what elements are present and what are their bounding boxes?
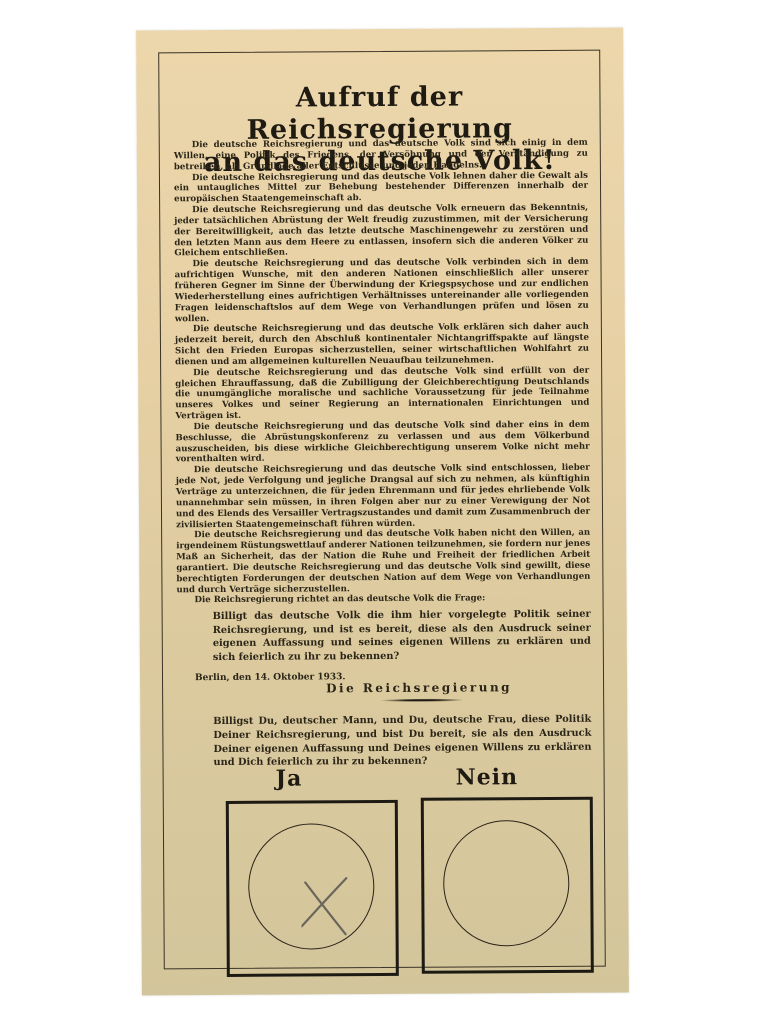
option-labels: Ja Nein xyxy=(164,764,604,797)
paragraph: Die deutsche Reichsregierung und das deu… xyxy=(175,322,589,368)
vote-box-ja[interactable] xyxy=(226,800,399,977)
paragraph: Die Reichsregierung richtet an das deuts… xyxy=(177,593,591,606)
ballot-question: Billigst Du, deutscher Mann, und Du, deu… xyxy=(213,713,591,770)
cross-mark-icon xyxy=(301,876,351,936)
vote-box-nein[interactable] xyxy=(421,797,594,974)
option-label-nein: Nein xyxy=(456,764,519,790)
proclamation-text: Die deutsche Reichsregierung und das deu… xyxy=(174,138,592,770)
vote-circle-nein[interactable] xyxy=(443,820,570,947)
document-frame: Aufruf der Reichsregierung an das deutsc… xyxy=(158,50,606,970)
paragraph: Die deutsche Reichsregierung und das deu… xyxy=(176,528,590,596)
paragraph: Die deutsche Reichsregierung und das deu… xyxy=(174,170,588,205)
paragraph: Die deutsche Reichsregierung und das deu… xyxy=(176,463,590,531)
paragraph: Die deutsche Reichsregierung und das deu… xyxy=(175,420,589,466)
vote-circle-ja[interactable] xyxy=(248,823,375,950)
ballot-paper: Aufruf der Reichsregierung an das deutsc… xyxy=(136,28,629,996)
paragraph: Die deutsche Reichsregierung und das deu… xyxy=(174,203,588,260)
paragraph: Die deutsche Reichsregierung und das deu… xyxy=(174,257,588,325)
divider-rule xyxy=(382,699,462,702)
option-label-ja: Ja xyxy=(276,765,303,791)
paragraph: Die deutsche Reichsregierung und das deu… xyxy=(174,138,588,173)
paragraph: Die deutsche Reichsregierung und das deu… xyxy=(175,365,589,422)
referendum-question: Billigt das deutsche Volk die ihm hier v… xyxy=(213,608,591,665)
